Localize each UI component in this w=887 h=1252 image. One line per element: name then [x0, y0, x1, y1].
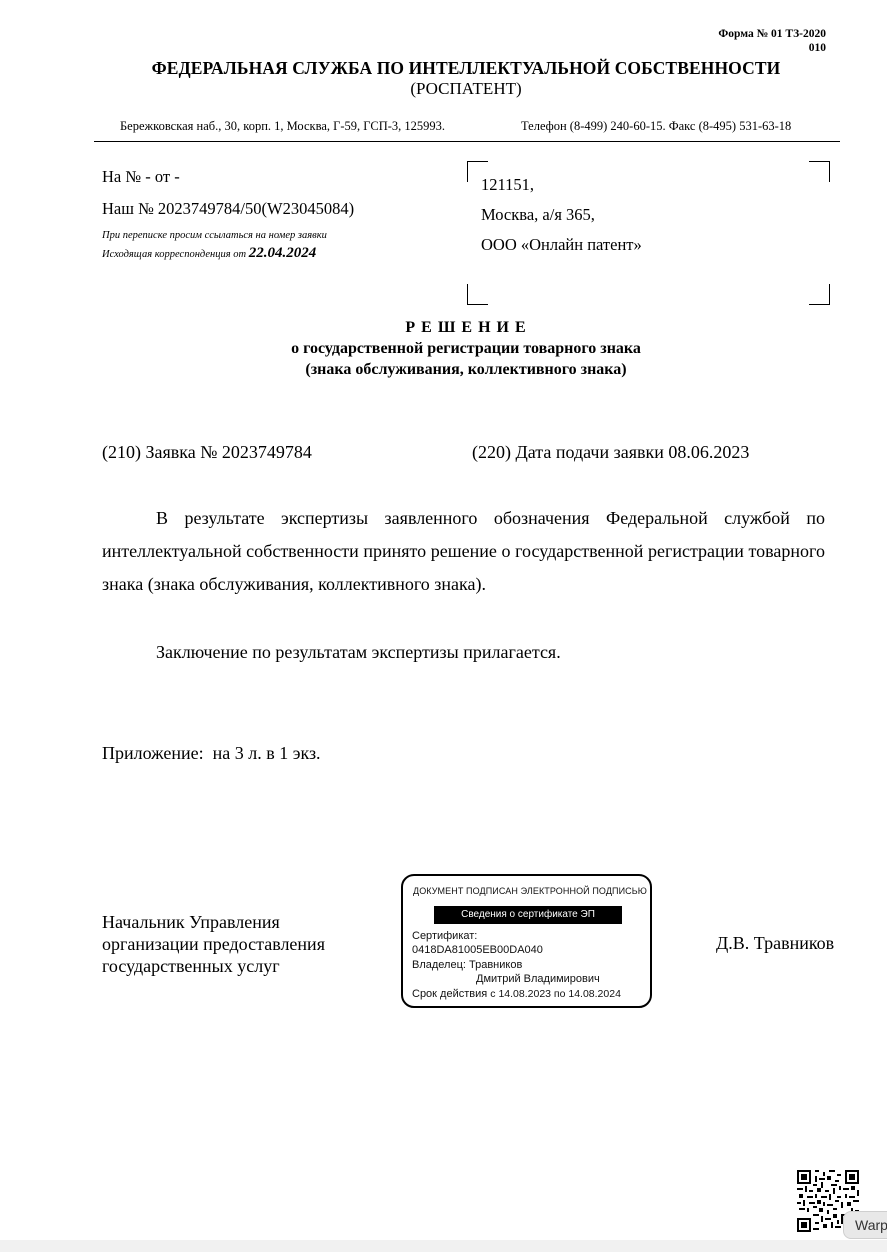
owner-surname: Травников — [469, 959, 522, 971]
filing-date: (220) Дата подачи заявки 08.06.2023 — [472, 442, 749, 463]
form-number-line1: Форма № 01 ТЗ-2020 — [718, 27, 826, 41]
stamp-header: ДОКУМЕНТ ПОДПИСАН ЭЛЕКТРОННОЙ ПОДПИСЬЮ — [413, 886, 647, 896]
form-number: Форма № 01 ТЗ-2020 010 — [718, 27, 826, 55]
decision-paragraph: В результате экспертизы заявленного обоз… — [102, 502, 825, 601]
signer-position-line2: организации предоставления — [102, 933, 325, 955]
owner-label: Владелец: — [412, 959, 466, 971]
certificate-value: 0418DA81005EB00DA040 — [412, 944, 543, 956]
agency-name: ФЕДЕРАЛЬНАЯ СЛУЖБА ПО ИНТЕЛЛЕКТУАЛЬНОЙ С… — [0, 58, 887, 79]
outgoing-date: 22.04.2024 — [249, 245, 317, 261]
signer-position-line3: государственных услуг — [102, 955, 325, 977]
viewer-bottom-bar — [0, 1240, 887, 1252]
address-corner-bottom-right — [809, 284, 830, 305]
correspondence-note: При переписке просим ссылаться на номер … — [102, 230, 327, 241]
validity-value: с 14.08.2023 по 14.08.2024 — [490, 988, 621, 1000]
validity-row: Срок действия с 14.08.2023 по 14.08.2024 — [412, 988, 621, 1000]
agency-address: Бережковская наб., 30, корп. 1, Москва, … — [120, 119, 445, 134]
outgoing-label: Исходящая корреспонденция от — [102, 249, 246, 260]
application-number: (210) Заявка № 2023749784 — [102, 442, 312, 463]
attachment-note: Приложение: на 3 л. в 1 экз. — [102, 743, 321, 764]
signer-position-line1: Начальник Управления — [102, 911, 325, 933]
owner-given-names: Дмитрий Владимирович — [476, 973, 600, 985]
conclusion-paragraph: Заключение по результатам экспертизы при… — [156, 642, 561, 663]
address-corner-bottom-left — [467, 284, 488, 305]
agency-phones: Телефон (8-499) 240-60-15. Факс (8-495) … — [521, 119, 791, 134]
certificate-label: Сертификат: — [412, 930, 477, 942]
header-divider — [94, 141, 840, 142]
owner-row: Владелец: Травников — [412, 959, 522, 971]
agency-short-name: (РОСПАТЕНТ) — [0, 79, 887, 99]
outgoing-correspondence: Исходящая корреспонденция от 22.04.2024 — [102, 245, 316, 262]
validity-label: Срок действия — [412, 988, 487, 1000]
decision-subtitle: о государственной регистрации товарного … — [0, 340, 887, 358]
form-number-line2: 010 — [718, 41, 826, 55]
warp-tab-button[interactable]: Warp — [843, 1211, 887, 1239]
certificate-info-bar: Сведения о сертификате ЭП — [434, 906, 622, 924]
recipient-postcode: 121151, — [481, 175, 534, 195]
recipient-city: Москва, а/я 365, — [481, 205, 595, 225]
recipient-company: ООО «Онлайн патент» — [481, 235, 642, 255]
our-reference: Наш № 2023749784/50(W23045084) — [102, 199, 354, 219]
signer-position: Начальник Управления организации предост… — [102, 911, 325, 977]
decision-subtitle-2: (знака обслуживания, коллективного знака… — [0, 361, 887, 379]
e-signature-stamp: ДОКУМЕНТ ПОДПИСАН ЭЛЕКТРОННОЙ ПОДПИСЬЮ С… — [401, 874, 652, 1008]
your-reference: На № - от - — [102, 167, 180, 187]
signer-name: Д.В. Травников — [716, 933, 834, 954]
address-corner-top-right — [809, 161, 830, 182]
decision-heading: Р Е Ш Е Н И Е — [0, 319, 887, 337]
